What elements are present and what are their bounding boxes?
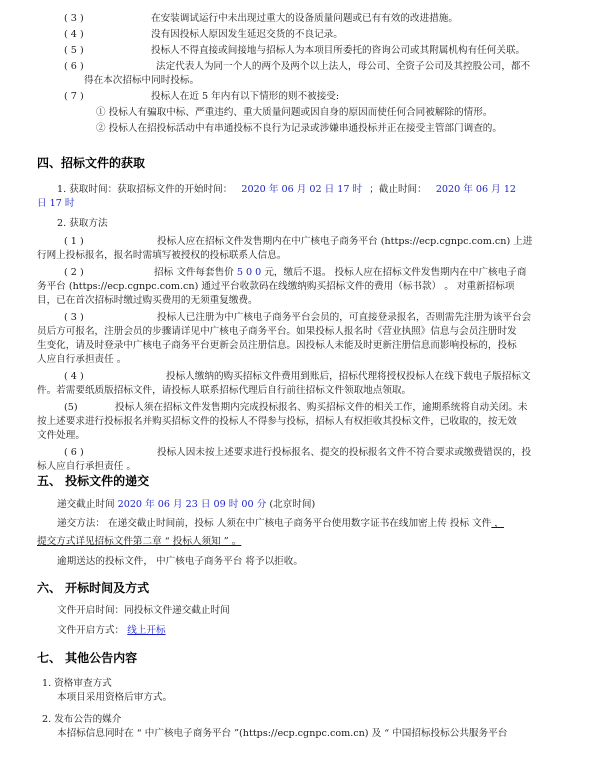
req-item-4-num: ( 4 ) [64, 28, 84, 41]
method-5-num: (5) [64, 401, 78, 414]
method-3-text-cont-3: 人应自行承担责任 。 [37, 353, 126, 366]
opening-method-label: 文件开启方式： [57, 625, 127, 636]
submission-method-text: 递交方法： 在递交截止时间前，投标 人须在中广核电子商务平台使用数字证书在线加密… [57, 518, 491, 529]
submission-method-underlined: ， [491, 518, 504, 529]
method-5-text: 投标人须在招标文件发售期内完成投标报名、购买招标文件的相关工作，逾期系统将自动关… [115, 401, 528, 414]
submission-deadline-tz: (北京时间) [266, 499, 315, 510]
section-4-heading: 四、招标文件的获取 [37, 157, 145, 170]
method-2-text: 招标 文件每套售价 5 0 0 元，缴后不退。 投标人应在招标文件发售期内在中广… [154, 266, 526, 279]
req-item-3-num: ( 3 ) [64, 12, 84, 25]
media-body: 本招标信息同时在 “ 中广核电子商务平台 ”(https://ecp.cgnpc… [57, 727, 507, 740]
acquisition-end-time: 2020 年 06 月 12 [436, 184, 516, 195]
qualification-body: 本项目采用资格后审方式。 [57, 691, 172, 704]
acquisition-time-label: 1. 获取时间：获取招标文件的开始时间： [57, 184, 232, 195]
method-2-num: ( 2 ) [64, 266, 84, 279]
submission-method: 递交方法： 在递交截止时间前，投标 人须在中广核电子商务平台使用数字证书在线加密… [57, 517, 504, 530]
method-2-text-a: 招标 文件每套售价 [154, 267, 237, 278]
method-6-text: 投标人因未按上述要求进行投标报名、提交的投标报名文件不符合要求或缴费错误的，投 [157, 446, 531, 459]
section-5-heading: 五、 投标文件的递交 [37, 475, 149, 488]
req-item-7-sub-1: ① 投标人有骗取中标、严重违约、重大质量问题或因自身的原因而使任何合同被解除的情… [96, 106, 492, 119]
method-3-text: 投标人已注册为中广核电子商务平台会员的，可直接登录报名，否则需先注册为该平台会 [157, 311, 531, 324]
req-item-7-num: ( 7 ) [64, 90, 84, 103]
method-3-num: ( 3 ) [64, 311, 84, 324]
req-item-6-text-cont: 得在本次招标中同时投标。 [84, 74, 199, 87]
section-6-heading: 六、 开标时间及方式 [37, 582, 149, 595]
req-item-3-text: 在安装调试运行中未出现过重大的设备质量问题或已有有效的改进措施。 [151, 12, 458, 25]
method-6-text-cont: 标人应自行承担责任 。 [37, 460, 136, 473]
method-5-text-cont: 按上述要求进行投标报名并购买招标文件的投标人不得参与投标，招标人有权拒收其投标文… [37, 415, 517, 428]
submission-method-cont: 提交方式详见招标文件第二章 “ 投标人须知 ” 。 [37, 535, 241, 548]
document-price: 5 0 0 [237, 267, 261, 278]
acquisition-end-time-cont: 日 17 时 [37, 197, 75, 210]
method-2-text-cont: 务平台 (https://ecp.cgnpc.com.cn) 通过平台收款码在线… [37, 280, 514, 293]
method-1-text: 投标人应在招标文件发售期内在中广核电子商务平台 (https://ecp.cgn… [157, 235, 532, 248]
submission-deadline: 递交截止时间 2020 年 06 月 23 日 09 时 00 分 (北京时间) [57, 498, 315, 511]
acquisition-start-time: 2020 年 06 月 02 日 17 时 [241, 184, 362, 195]
req-item-5-text: 投标人不得直接或间接地与招标人为本项目所委托的咨询公司或其附属机构有任何关联。 [151, 44, 525, 57]
method-4-text: 投标人缴纳的购买招标文件费用到账后，招标代理将授权投标人在线下载电子版招标文 [166, 370, 531, 383]
submission-deadline-label: 递交截止时间 [57, 499, 118, 510]
submission-deadline-value: 2020 年 06 月 23 日 09 时 00 分 [118, 499, 267, 510]
section-7-heading: 七、 其他公告内容 [37, 652, 137, 665]
method-2-text-b: 元，缴后不退。 投标人应在招标文件发售期内在中广核电子商 [261, 267, 526, 278]
opening-time: 文件开启时间：同投标文件递交截止时间 [57, 604, 230, 617]
late-submission-note: 逾期送达的投标文件， 中广核电子商务平台 将予以拒收。 [57, 555, 303, 568]
method-3-text-cont: 员后方可报名，注册会员的步骤请详见中广核电子商务平台。如果投标人报名时《营业执照… [37, 325, 517, 338]
acquisition-deadline-label: ；截止时间： [369, 184, 427, 195]
req-item-6-text: 法定代表人为同一个人的两个及两个以上法人，母公司、全资子公司及其控股公司，都不 [156, 60, 530, 73]
method-3-text-cont-2: 生变化，请及时登录中广核电子商务平台更新会员注册信息。因投标人未能及时更新注册信… [37, 339, 517, 352]
req-item-5-num: ( 5 ) [64, 44, 84, 57]
method-6-num: ( 6 ) [64, 446, 84, 459]
method-5-text-cont-2: 文件处理。 [37, 429, 85, 442]
method-2-text-cont-2: 目，已在首次招标时缴过购买费用的无须重复缴费。 [37, 294, 258, 307]
method-1-num: ( 1 ) [64, 235, 84, 248]
method-4-num: ( 4 ) [64, 370, 84, 383]
req-item-7-sub-2: ② 投标人在招投标活动中有串通投标不良行为记录或涉嫌串通投标并正在接受主管部门调… [96, 122, 502, 135]
req-item-6-num: ( 6 ) [64, 60, 84, 73]
method-4-text-cont: 件。若需要纸质版招标文件，请投标人联系招标代理后自行前往招标文件领取地点领取。 [37, 384, 411, 397]
qualification-heading: 1. 资格审查方式 [42, 677, 112, 690]
acquisition-method-heading: 2. 获取方法 [57, 217, 108, 230]
method-1-text-cont: 行网上投标报名，报名时需填写被授权的投标联系人信息。 [37, 249, 286, 262]
online-opening-link[interactable]: 线上开标 [127, 625, 165, 636]
acquisition-time: 1. 获取时间：获取招标文件的开始时间： 2020 年 06 月 02 日 17… [57, 183, 516, 196]
req-item-7-text: 投标人在近 5 年内有以下情形的则不被接受: [151, 90, 339, 103]
media-heading: 2. 发布公告的媒介 [42, 713, 121, 726]
opening-method: 文件开启方式： 线上开标 [57, 624, 166, 637]
req-item-4-text: 没有因投标人原因发生延迟交货的不良记录。 [151, 28, 343, 41]
